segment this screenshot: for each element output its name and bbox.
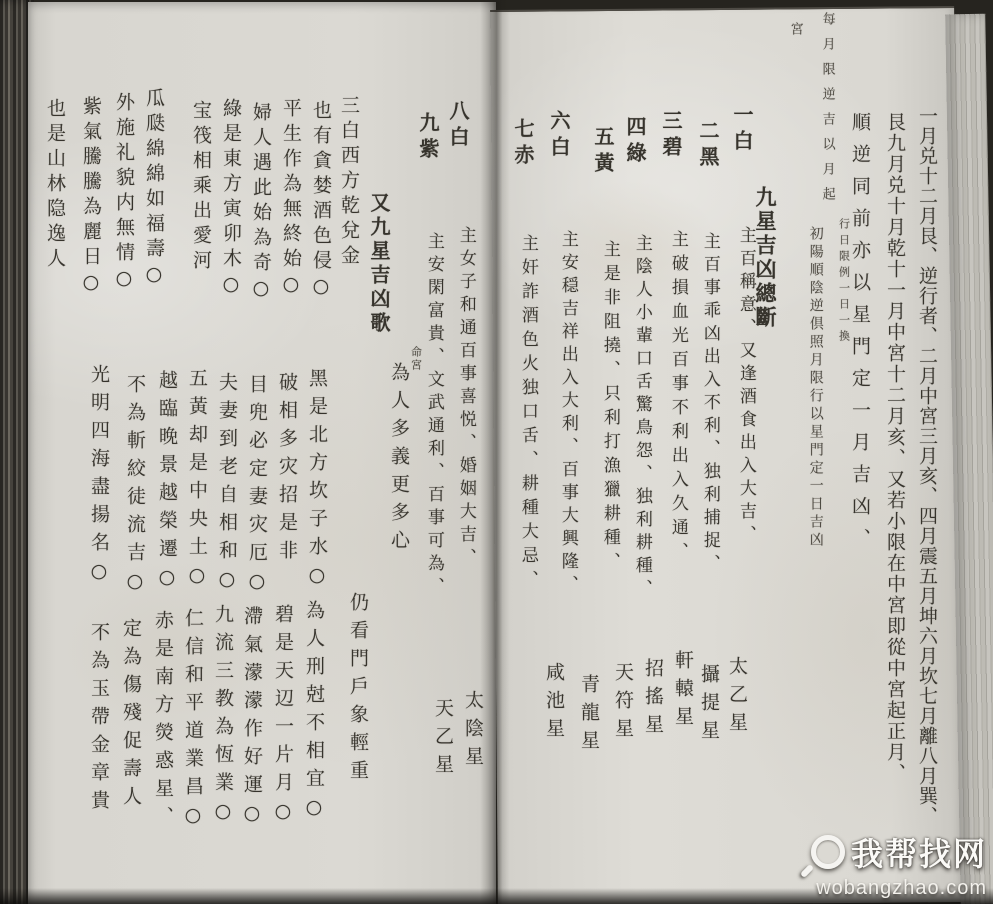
star-judgment-5: 主安穏吉祥出入大利、百事大興隆、	[558, 230, 576, 598]
spirit-star-0: 太乙星	[726, 656, 746, 740]
spirit-star-1: 攝提星	[698, 664, 718, 748]
poem2-line-0: 三白西方乾兌金	[338, 95, 358, 270]
poem1-line-7: 不為斬絞徒流吉○	[124, 374, 144, 601]
magnifier-icon	[811, 835, 845, 869]
corner-char: 宮	[788, 22, 802, 35]
poem1-line-0: 為人多義更多心	[388, 362, 408, 558]
star-label-8: 九紫	[417, 112, 438, 164]
poem3-line-8: 不為玉帶金章貴	[88, 622, 108, 818]
star-label-5: 六白	[548, 110, 569, 162]
intro-column-2: 順逆同前亦以星門定一月吉凶、	[849, 112, 869, 560]
spirit-star-5: 青龍星	[578, 674, 598, 758]
margin-note-small: 行日限例一日一換	[838, 218, 850, 346]
spirit-star-8: 天乙星	[432, 698, 452, 782]
poem1-line-5: 五黃却是中央土○	[186, 368, 206, 595]
manuscript-photo: 一月兑十二月艮、逆行者、二月中宮三月亥、四月震五月坤六月坎七月離八月巽、 艮九月…	[0, 0, 993, 904]
poem-title: 又九星吉凶歌	[368, 192, 389, 336]
poem1-line-6: 越臨晚景越榮遷○	[156, 370, 176, 597]
watermark-brand: 我帮找网	[851, 829, 987, 875]
star-judgment-6: 主奸詐酒色火独口舌、耕種大忌、	[518, 234, 536, 594]
poem3-line-6: 赤是南方熒惑星、	[152, 610, 172, 834]
poem3-line-2: 碧是天辺一片月○	[272, 604, 292, 831]
poem2-line-9: 也是山林隐逸人	[44, 98, 64, 273]
poem1-line-2: 破相多灾招是非	[276, 372, 296, 568]
star-label-0: 一白	[731, 104, 752, 156]
poem3-line-4: 九流三教為恆業○	[212, 604, 232, 831]
star-label-2: 三碧	[660, 110, 681, 162]
spirit-star-4: 天符星	[612, 662, 632, 746]
poem3-line-3: 滯氣濛濛作好運○	[241, 606, 261, 833]
poem1-line-4: 夫妻到老自相和○	[216, 372, 236, 599]
poem3-line-5: 仁信和平道業昌○	[182, 608, 202, 835]
intro-column-0: 一月兑十二月艮、逆行者、二月中宮三月亥、四月震五月坤六月坎七月離八月巽、	[916, 106, 936, 826]
poem3-line-7: 定為傷殘促壽人	[120, 618, 140, 814]
star-label-1: 二黑	[697, 120, 718, 172]
poem1-line-8: 光明四海盡揚名○	[88, 364, 108, 591]
poem3-line-0: 仍看門戶象輕重	[347, 592, 367, 788]
poem2-line-5: 宝筏相乘出愛河	[190, 100, 210, 275]
star-label-7: 八白	[447, 100, 468, 152]
poem2-line-7: 外施礼貌内無情○	[113, 92, 133, 295]
margin-note-top: 每月限逆吉以月起	[820, 12, 834, 212]
star-judgment-4: 主是非阻撓、只利打漁獵耕種、	[600, 240, 618, 576]
poem2-line-8: 紫氣騰騰為麗日○	[80, 96, 100, 299]
star-label-4: 五黃	[592, 126, 613, 178]
poem2-line-1: 也有貪婪酒色侵○	[310, 100, 330, 303]
poem1-line-1: 黑是北方坎子水○	[306, 368, 326, 595]
watermark: 我帮找网 wobangzhao.com	[811, 829, 987, 900]
star-judgment-3: 主陰人小輩口舌驚鳥怨、独利耕種、	[632, 234, 650, 602]
poem2-line-2: 平生作為無終始○	[280, 98, 300, 301]
watermark-domain: wobangzhao.com	[811, 877, 987, 900]
star-judgment-0: 主百稱意、又逢酒食出入大吉、	[736, 226, 754, 548]
poem3-line-1: 為人刑尅不相宜○	[303, 600, 323, 827]
star-judgment-7: 主女子和通百事喜悦、婚姻大吉、	[456, 226, 474, 571]
star-label-3: 四綠	[624, 116, 645, 168]
star-judgment-8: 主安閑富貴、文武通利、百事可為、	[424, 232, 442, 600]
poem2-line-6: 瓜瓞綿綿如福壽○	[143, 88, 163, 291]
intro-column-1: 艮九月兑十月乾十一月中宮十二月亥、又若小限在中宮即從中宮起正月、	[884, 112, 904, 784]
poem2-line-3: 婦人遇此始為奇○	[250, 102, 270, 305]
poem1-line-3: 目兜必定妻灾厄○	[246, 374, 266, 601]
poem-title-note: 命宮	[410, 346, 422, 372]
star-judgment-2: 主破損血光百事不利出入久通、	[668, 230, 686, 566]
section-title-nine-stars: 九星吉凶總斷	[754, 186, 776, 330]
spirit-star-3: 招搖星	[642, 658, 662, 742]
book-gutter-shadow	[480, 0, 510, 904]
star-judgment-1: 主百事乖凶出入不利、独利捕捉、	[700, 232, 718, 577]
spirit-star-7: 太陰星	[462, 690, 482, 774]
poem2-line-4: 綠是東方寅卯木○	[220, 98, 240, 301]
star-label-6: 七赤	[512, 118, 533, 170]
margin-note-main: 初陽順陰逆倶照月限行以星門定一日吉凶	[808, 226, 823, 550]
spirit-star-6: 咸池星	[543, 662, 563, 746]
spirit-star-2: 軒轅星	[672, 650, 692, 734]
